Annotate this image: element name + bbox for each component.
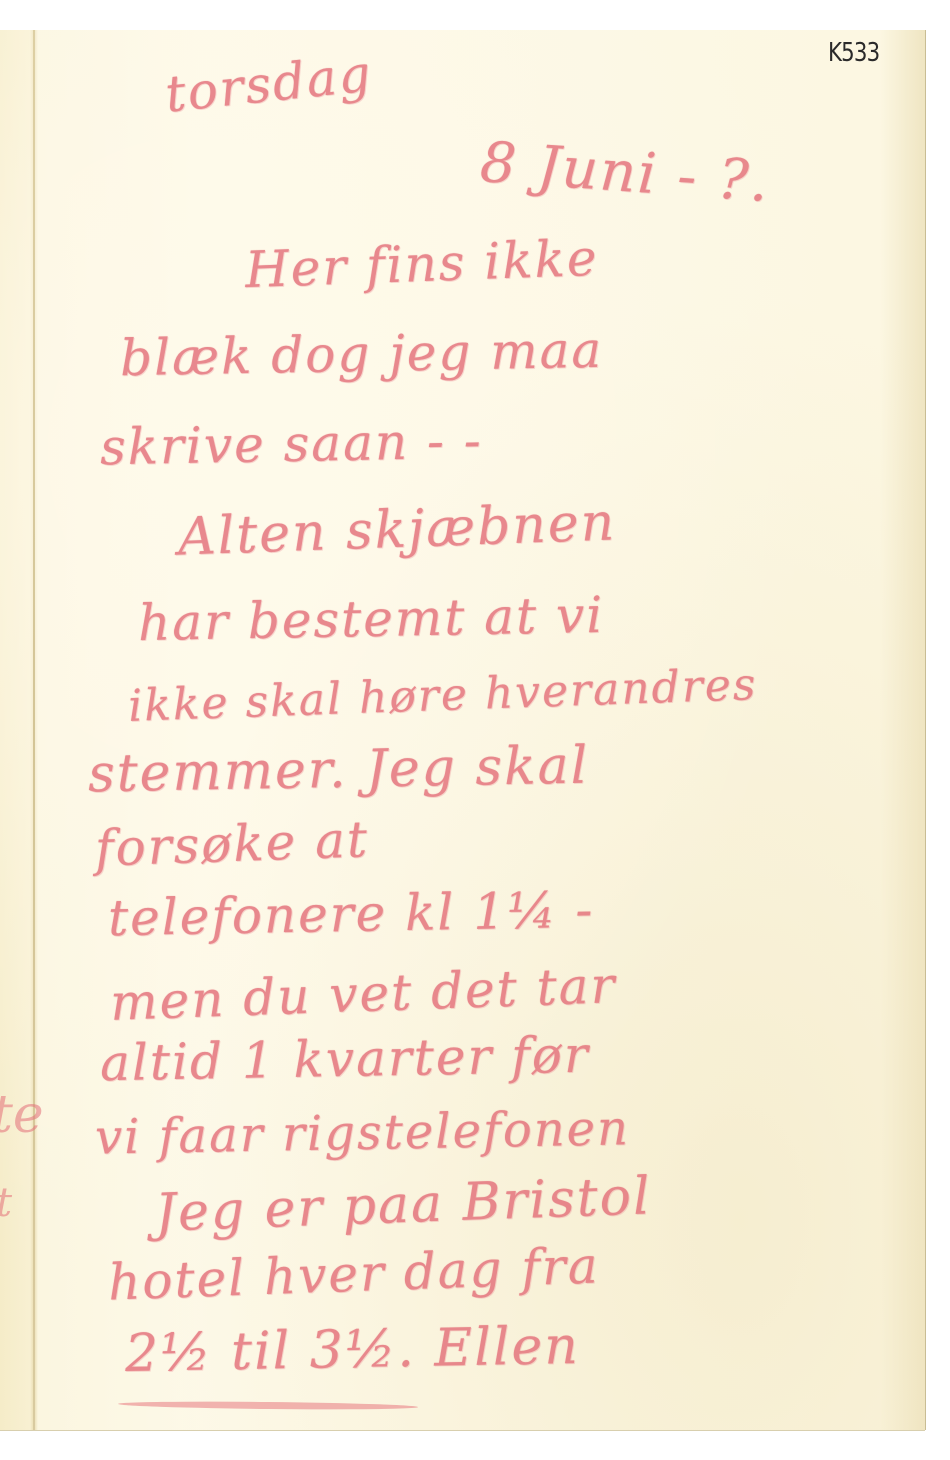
letter-page: K533 torsdag 8 Juni - ?. Her fins ikke b… bbox=[0, 30, 925, 1430]
margin-fragment: te bbox=[0, 1085, 44, 1145]
letter-line: Alten skjæbnen bbox=[177, 492, 617, 567]
letter-line: hotel hver dag fra bbox=[107, 1236, 600, 1311]
letter-line: men du vet det tar bbox=[109, 956, 617, 1032]
letter-line: Her fins ikke bbox=[244, 229, 599, 299]
letter-line: ikke skal høre hverandres bbox=[127, 659, 758, 732]
catalog-number: K533 bbox=[828, 38, 879, 68]
page-fold-crease bbox=[33, 30, 35, 1430]
letter-line: blæk dog jeg maa bbox=[120, 321, 604, 387]
line-day: torsdag bbox=[163, 44, 376, 123]
letter-line: forsøke at bbox=[94, 810, 370, 878]
letter-line: Jeg er paa Bristol bbox=[154, 1166, 652, 1243]
margin-fragment: t bbox=[0, 1180, 12, 1226]
letter-line: stemmer. Jeg skal bbox=[88, 736, 590, 805]
letter-line: altid 1 kvarter før bbox=[100, 1026, 591, 1093]
letter-line: vi faar rigstelefonen bbox=[95, 1100, 631, 1165]
pencil-underline-stroke bbox=[118, 1400, 418, 1410]
letter-line: skrive saan - - bbox=[100, 412, 484, 477]
line-date: 8 Juni - ?. bbox=[478, 130, 772, 215]
letter-line: har bestemt at vi bbox=[138, 586, 605, 652]
letter-signature-line: 2½ til 3½. Ellen bbox=[125, 1316, 581, 1384]
letter-line: telefonere kl 1¼ - bbox=[108, 881, 595, 947]
